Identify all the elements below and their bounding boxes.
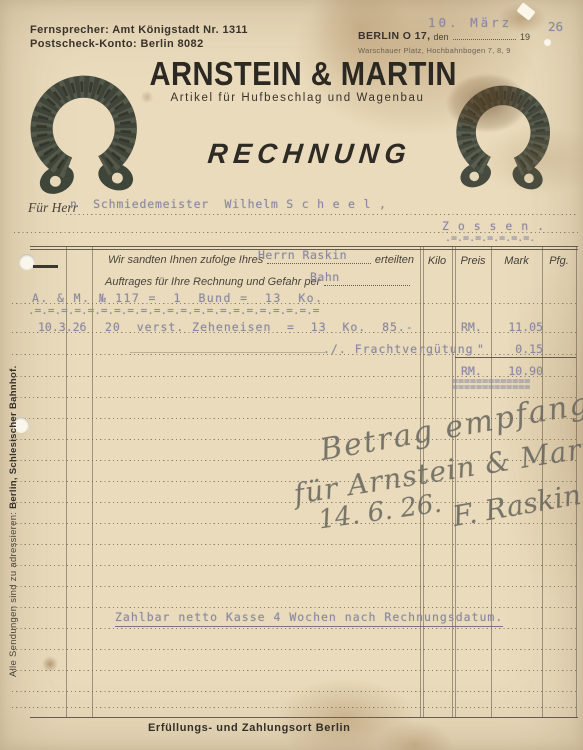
sum-rule: [455, 357, 576, 358]
row-rule: [12, 439, 576, 440]
recipient-name-typed: n Schmiedemeister Wilhelm S c h e e l ,: [70, 197, 387, 211]
typed-article-note: A. & M. № 117 = 1 Bund = 13 Ko.: [32, 291, 323, 305]
handwritten-signature: F. Raskin: [450, 478, 583, 533]
margin-note-bold: Berlin, Schlesischer Bahnhof.: [8, 365, 19, 508]
den-label: den: [433, 32, 448, 42]
paper-tear-speck: [516, 2, 535, 21]
recipient-dotted-line: [66, 214, 578, 215]
phone-line: Fernsprecher: Amt Königstadt Nr. 1311: [30, 23, 248, 37]
intro2-text: Auftrages für Ihre Rechnung und Gefahr p…: [105, 276, 320, 288]
row-rule: [12, 649, 576, 650]
recipient-city-typed: Z o s s e n .: [442, 219, 545, 233]
date-leader-line: [453, 39, 516, 40]
row-rule: [12, 707, 576, 708]
fold-mark: [33, 265, 58, 268]
year-printed: 19: [520, 32, 530, 42]
row-rule: [12, 354, 576, 355]
postal-account-line: Postscheck-Konto: Berlin 8082: [30, 37, 248, 51]
column-header-mark: Mark: [491, 255, 542, 267]
horseshoe-left-illustration: [23, 71, 145, 198]
margin-note-normal: Alle Sendungen sind zu adressieren:: [8, 509, 19, 677]
row-rule: [12, 607, 576, 608]
row2-detail: ./. Frachtvergütung: [323, 342, 474, 356]
row-rule: [12, 628, 576, 629]
row1-description: 20 verst. Zeheneisen: [105, 320, 271, 334]
intro1-typed-consignee: Herrn Raskin: [258, 248, 347, 262]
intro2-typed-carrier: Bahn: [310, 270, 340, 284]
row1-date: 10.3.26: [38, 320, 86, 334]
total-double-rule-typed-2: =============: [452, 382, 530, 393]
intro1-text-a: Wir sandten Ihnen zufolge Ihres: [108, 254, 263, 266]
city-date-line: BERLIN O 17, den 19: [358, 30, 530, 42]
table-top-rule: [30, 246, 578, 247]
margin-shipping-note: Alle Sendungen sind zu adressieren: Berl…: [8, 297, 22, 677]
paper-speck: [544, 39, 551, 46]
row2-currency: ": [477, 342, 484, 356]
column-header-pfg: Pfg.: [542, 255, 576, 267]
typed-article-note-underline: .=.=.=.=.=.=.=.=.=.=.=.=.=.=.=.=.=.=.=.=…: [28, 304, 319, 317]
row1-amount: 11.05: [495, 320, 543, 334]
row-rule: [12, 586, 576, 587]
horseshoe-right-illustration: [450, 82, 556, 192]
row-rule: [12, 691, 576, 692]
company-tagline: Artikel für Hufbeschlag und Wagenbau: [140, 92, 455, 104]
invoice-document: Fernsprecher: Amt Königstadt Nr. 1311 Po…: [0, 0, 583, 750]
city-label: BERLIN O 17,: [358, 30, 430, 42]
intro1-text-b: erteilten: [375, 254, 414, 266]
row2-amount: 0.15: [495, 342, 543, 356]
row1-currency: RM.: [461, 320, 482, 334]
recipient-city-underline-typed: .=.=.=.=.=.=.=.: [445, 233, 535, 244]
document-title: RECHNUNG: [206, 138, 403, 170]
row-rule: [12, 397, 576, 398]
row-rule: [12, 544, 576, 545]
intro1-leader: [267, 263, 371, 264]
row2-underline-artifact: [130, 352, 325, 353]
row-rule: [12, 565, 576, 566]
row-rule: [12, 670, 576, 671]
table-bottom-rule: [30, 717, 578, 718]
date-typed: 10. März: [428, 15, 512, 30]
column-header-preis: Preis: [455, 255, 491, 267]
year-typed: 26: [548, 19, 563, 34]
header-contact-block: Fernsprecher: Amt Königstadt Nr. 1311 Po…: [30, 23, 248, 51]
column-header-kilo: Kilo: [421, 255, 453, 267]
payment-terms-typed: Zahlbar netto Kasse 4 Wochen nach Rechnu…: [115, 610, 503, 627]
intro2-leader: [324, 285, 410, 286]
table-intro-line2: Auftrages für Ihre Rechnung und Gefahr p…: [105, 276, 414, 288]
row1-detail: = 13 Ko. 85.-: [287, 320, 414, 334]
fulfillment-line: Erfüllungs- und Zahlungsort Berlin: [148, 722, 351, 734]
company-name: ARNSTEIN & MARTIN: [149, 55, 445, 94]
